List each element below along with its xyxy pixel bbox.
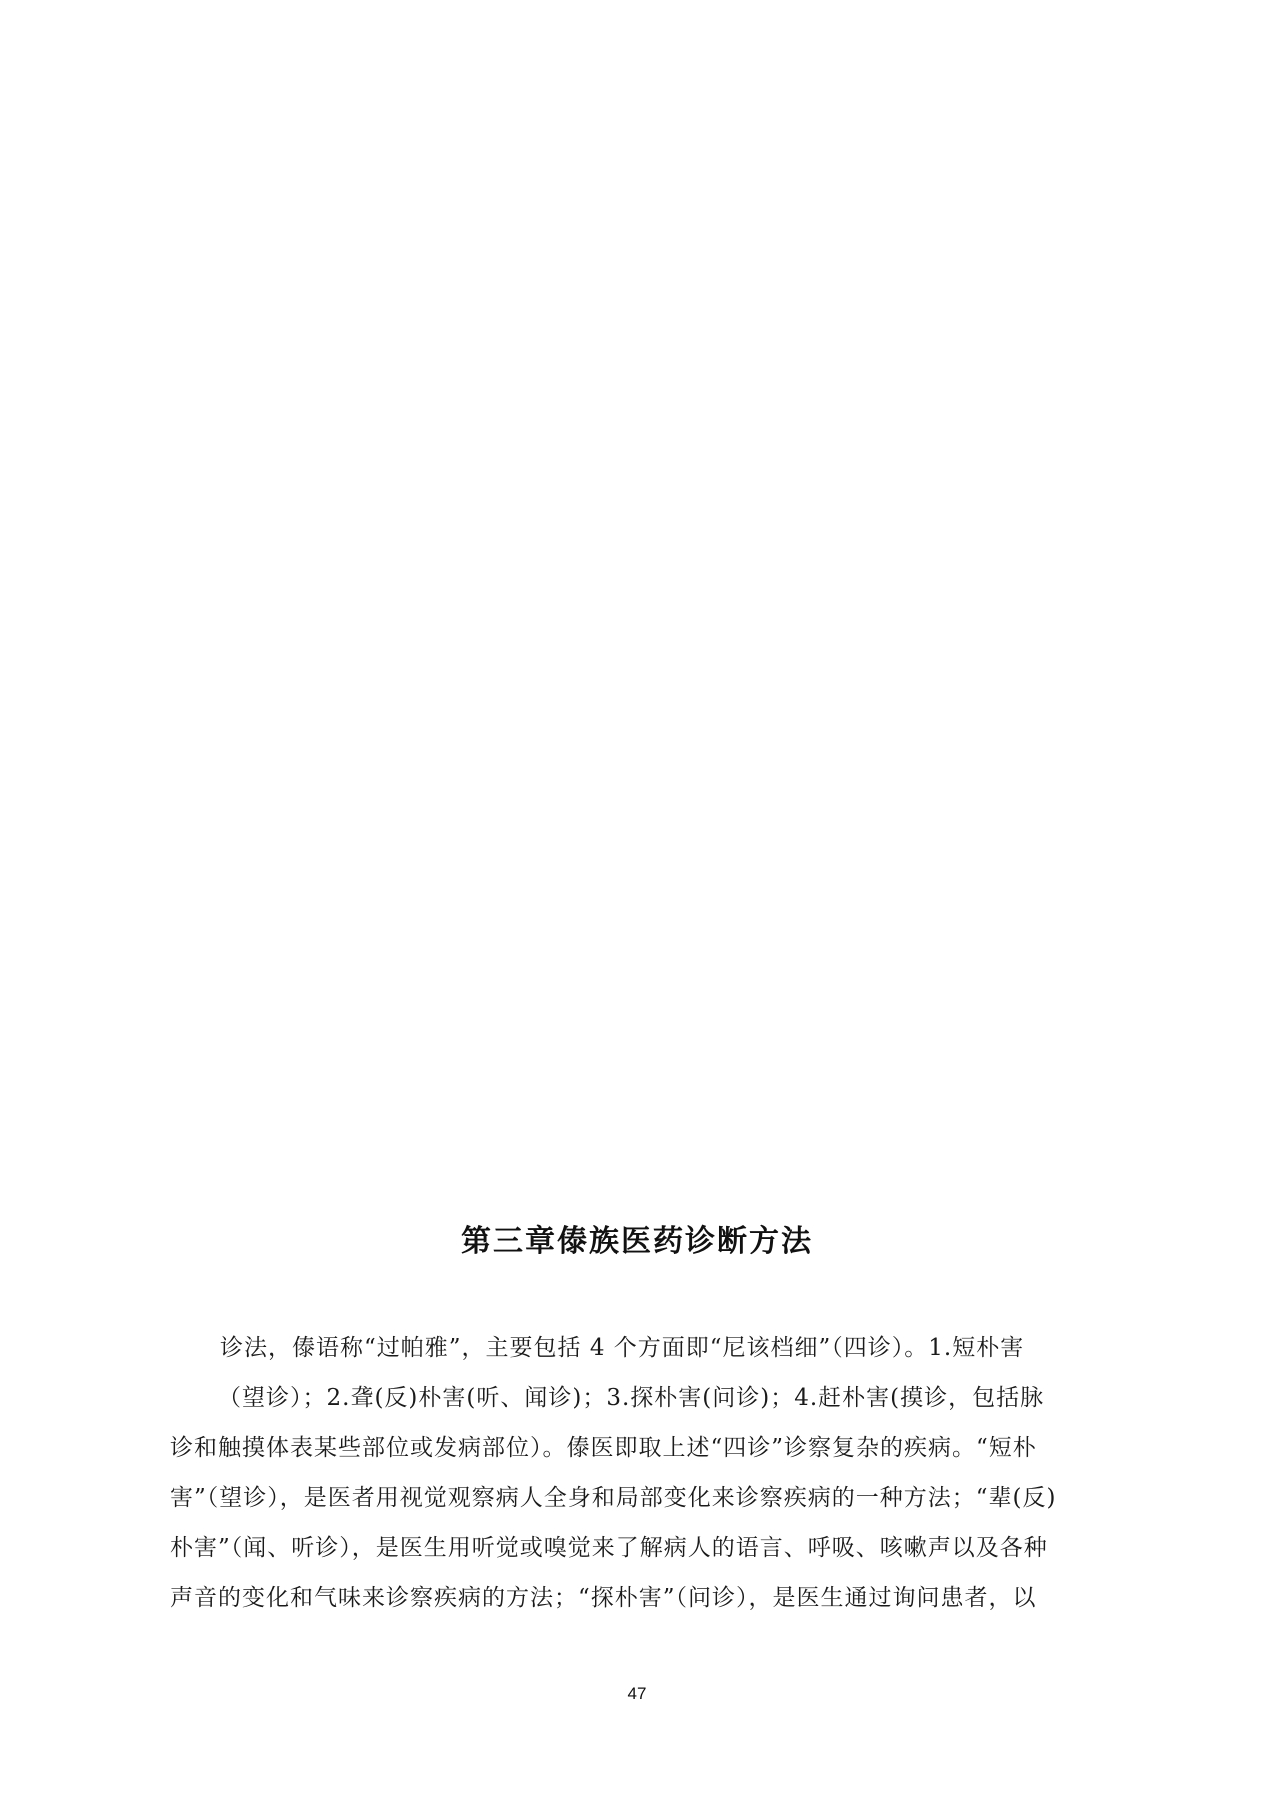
paragraph-line: 朴害”（闻、听诊），是医生用听觉或嗅觉来了解病人的语言、呼吸、咳嗽声以及各种 [170,1523,1120,1573]
paragraph-line: （望诊）；2.聋(反)朴害(听、闻诊)；3.探朴害(问诊)；4.赶朴害(摸诊，包… [170,1373,1120,1423]
paragraph-line: 诊和触摸体表某些部位或发病部位）。傣医即取上述“四诊”诊察复杂的疾病。“短朴 [170,1423,1120,1473]
document-page: 第三章傣族医药诊断方法 诊法，傣语称“过帕雅”，主要包括 4 个方面即“尼该档细… [0,0,1274,1801]
paragraph-line: 声音的变化和气味来诊察疾病的方法；“探朴害”（问诊），是医生通过询问患者，以 [170,1573,1120,1623]
page-number: 47 [0,1684,1274,1704]
chapter-title: 第三章傣族医药诊断方法 [0,1222,1274,1262]
body-paragraph: 诊法，傣语称“过帕雅”，主要包括 4 个方面即“尼该档细”（四诊）。1.短朴害 … [170,1323,1120,1623]
paragraph-line: 诊法，傣语称“过帕雅”，主要包括 4 个方面即“尼该档细”（四诊）。1.短朴害 [170,1323,1120,1373]
paragraph-line: 害”（望诊），是医者用视觉观察病人全身和局部变化来诊察疾病的一种方法；“辈(反) [170,1473,1120,1523]
